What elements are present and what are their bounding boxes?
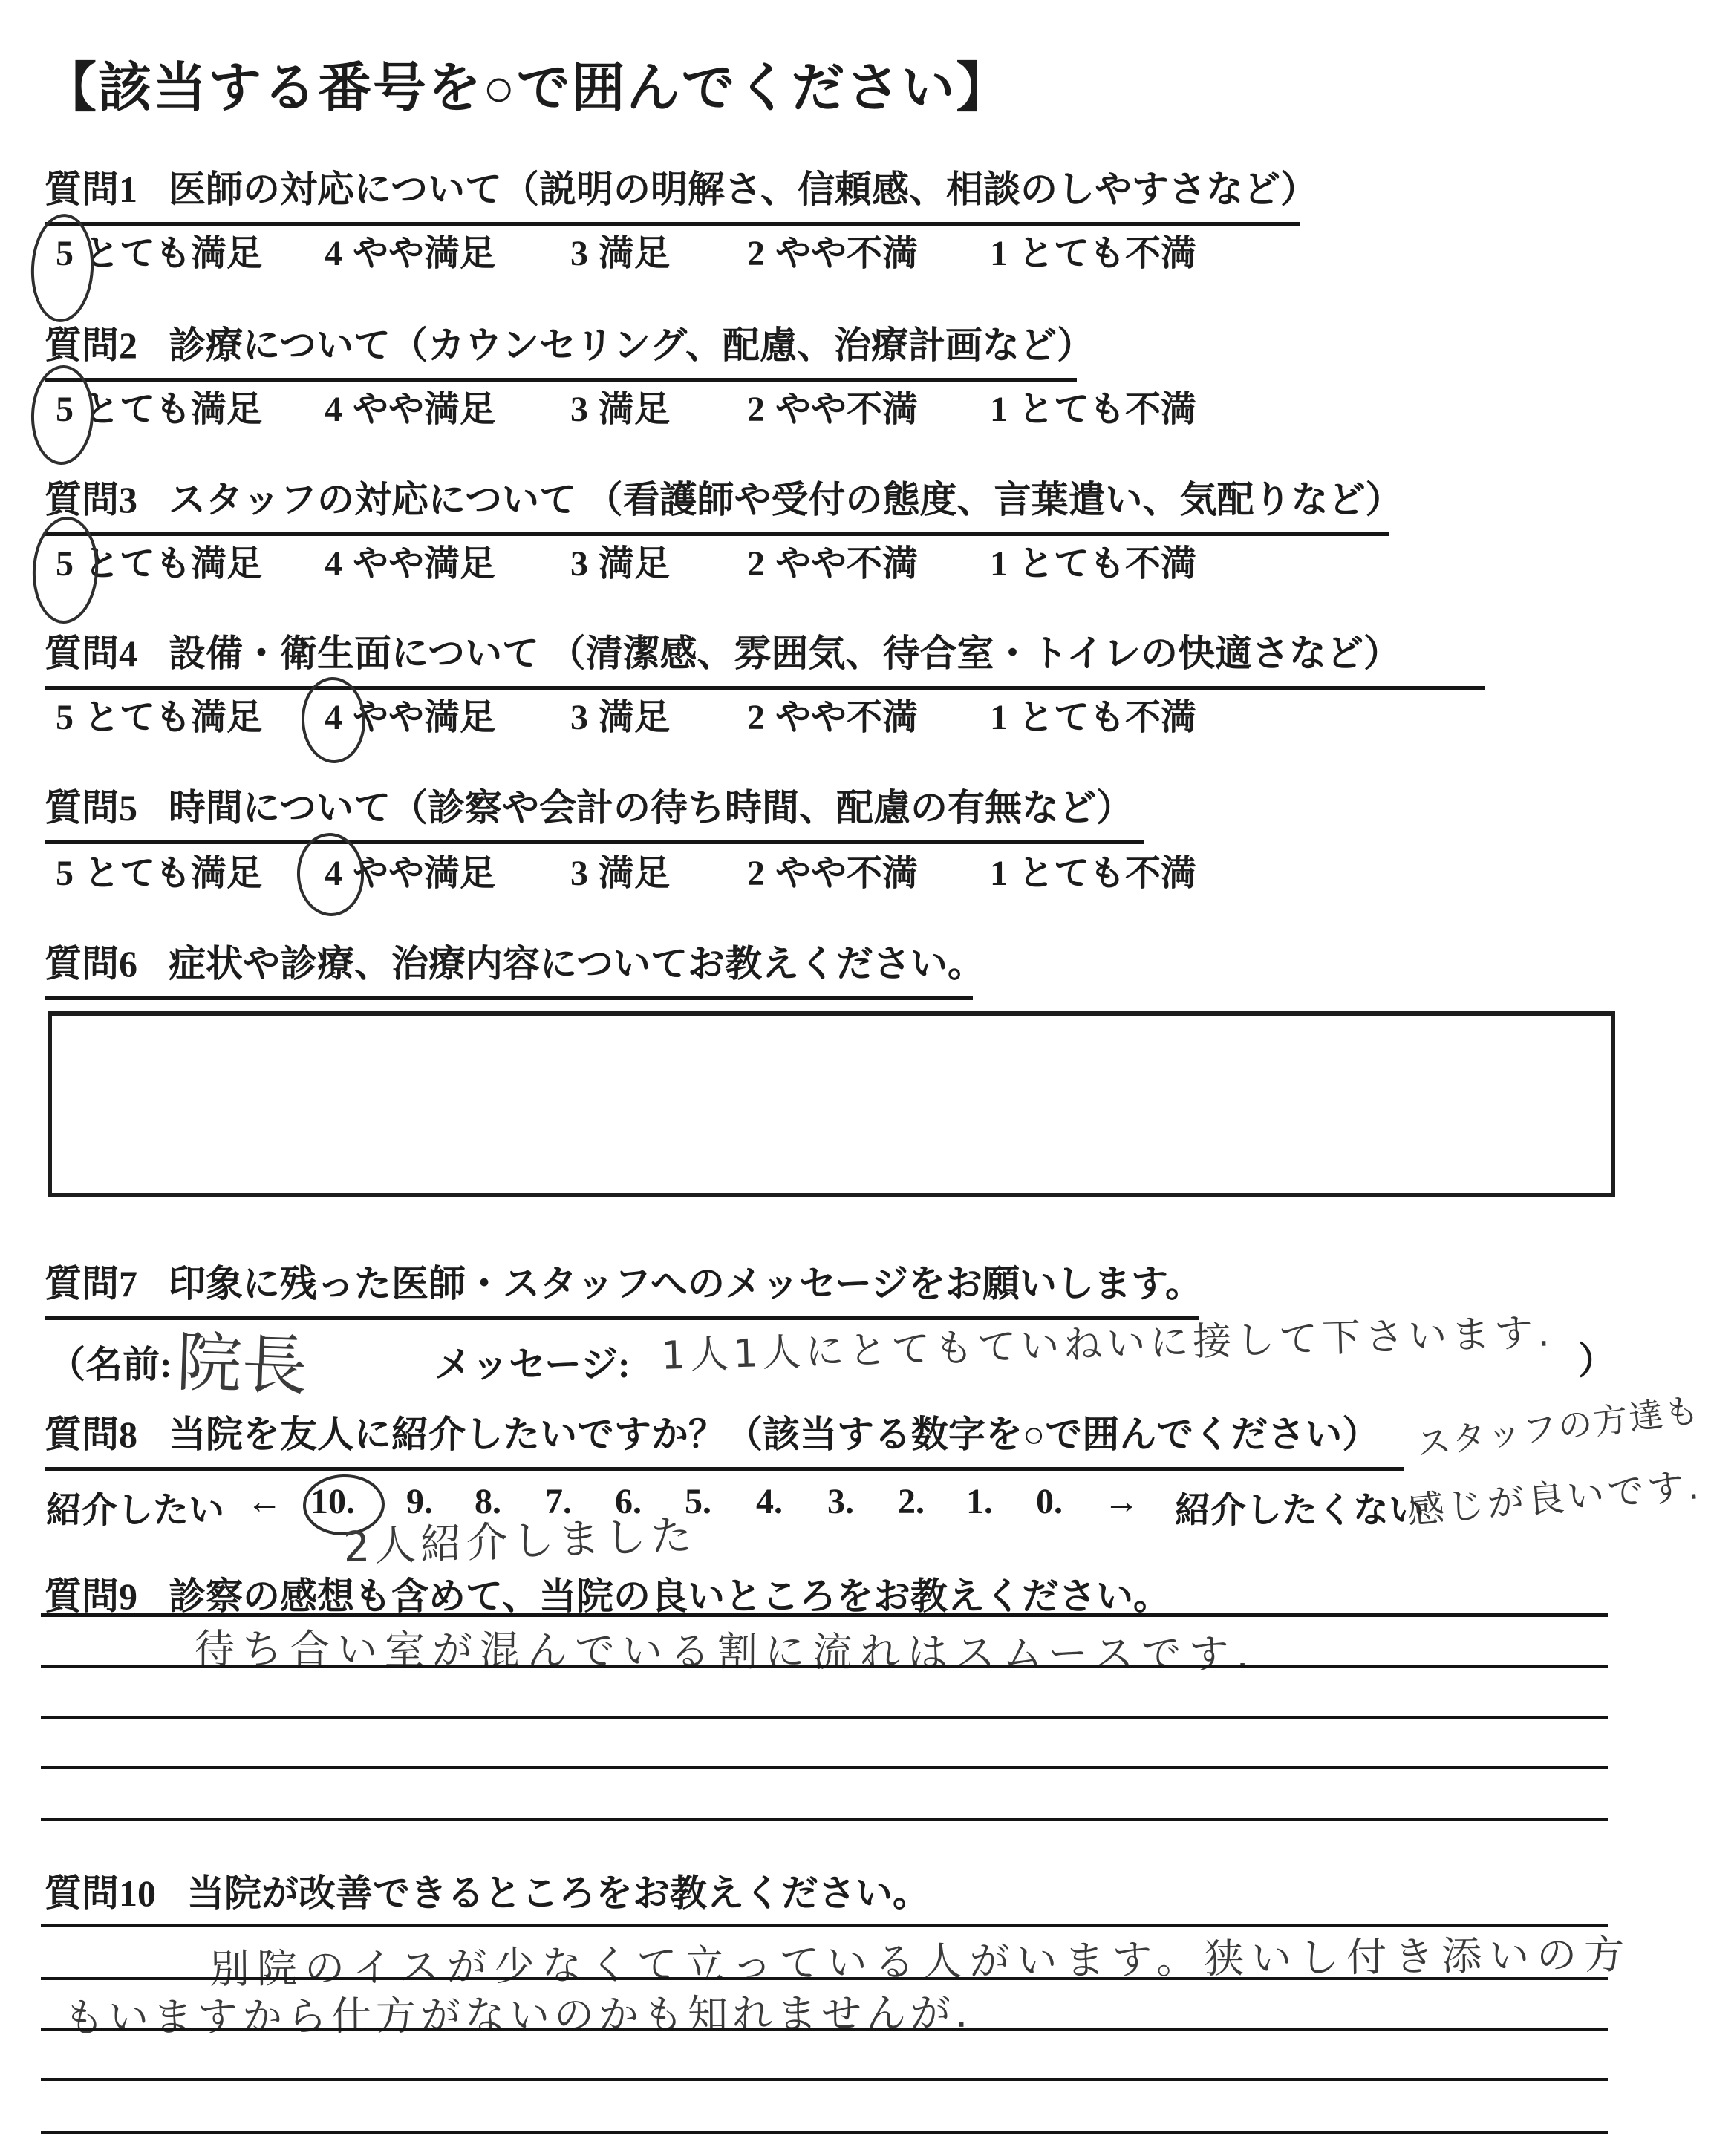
option-5: 5とても満足	[56, 688, 262, 739]
option-5: 5とても満足	[56, 844, 262, 895]
handwritten-answer-q10-line2: もいますから仕方がないのかも知れませんが.	[64, 1982, 973, 2043]
handwritten-answer-q9: 待ち合い室が混んでいる割に流れはスムースです.	[195, 1617, 1257, 1679]
answer-line	[41, 1613, 1608, 1617]
answer-box-q6	[48, 1011, 1615, 1197]
question-label: 質問3	[45, 479, 137, 520]
option-4: 4やや満足	[325, 224, 495, 275]
question-8-heading: 質問8当院を友人に紹介したいですか？（該当する数字を○で囲んでください）	[45, 1405, 1404, 1471]
right-arrow-icon: →	[1104, 1481, 1139, 1522]
scale-number-0: 0.	[1036, 1481, 1063, 1522]
option-1: 1とても不満	[990, 224, 1196, 275]
question-topic: スタッフの対応について （看護師や受付の態度、言葉遣い、気配りなど）	[169, 479, 1403, 520]
question-2-options: 5とても満足 4やや満足 3満足 2やや不満 1とても不満	[0, 380, 1711, 434]
question-3-options: 5とても満足 4やや満足 3満足 2やや不満 1とても不満	[0, 535, 1711, 588]
option-3: 3満足	[570, 224, 670, 275]
answer-line	[41, 1665, 1608, 1668]
question-4-options: 5とても満足 4やや満足 3満足 2やや不満 1とても不満	[0, 688, 1711, 742]
question-topic: 当院が改善できるところをお教えください。	[187, 1872, 930, 1914]
question-label: 質問10	[45, 1872, 156, 1914]
option-3: 3満足	[570, 380, 670, 431]
name-field-label: （名前:	[48, 1335, 172, 1388]
option-1: 1とても不満	[990, 844, 1196, 895]
answer-line	[41, 2131, 1608, 2134]
option-2: 2やや不満	[747, 380, 918, 431]
question-topic: 印象に残った医師・スタッフへのメッセージをお願いします。	[169, 1263, 1202, 1304]
option-1: 1とても不満	[990, 535, 1196, 586]
question-label: 質問4	[45, 633, 137, 674]
question-label: 質問1	[45, 169, 137, 210]
option-2: 2やや不満	[747, 224, 918, 275]
question-label: 質問9	[45, 1575, 137, 1617]
question-label: 質問2	[45, 324, 137, 366]
answer-line	[41, 1977, 1608, 1980]
question-topic: 医師の対応について（説明の明解さ、信頼感、相談のしやすさなど）	[169, 169, 1317, 210]
scale-number-1: 1.	[966, 1481, 993, 1522]
form-title: 【該当する番号を○で囲んでください】	[43, 45, 1011, 122]
question-10-heading: 質問10当院が改善できるところをお教えください。	[45, 1863, 930, 1917]
question-label: 質問6	[45, 943, 137, 984]
handwritten-referral-note: 2人紹介しました	[342, 1503, 697, 1575]
question-topic: 症状や診療、治療内容についてお教えください。	[169, 943, 985, 984]
question-label: 質問7	[45, 1263, 137, 1304]
question-1-options: 5とても満足 4やや満足 3満足 2やや不満 1とても不満	[0, 224, 1711, 278]
answer-line	[41, 1766, 1608, 1769]
option-2: 2やや不満	[747, 535, 918, 586]
option-4: 4やや満足	[325, 535, 495, 586]
question-label: 質問8	[45, 1414, 137, 1455]
answer-line	[41, 1818, 1608, 1821]
option-3: 3満足	[570, 844, 670, 895]
scale-number-4: 4.	[756, 1481, 783, 1522]
scale-right-label: 紹介したくない	[1175, 1481, 1424, 1532]
question-3-heading: 質問3スタッフの対応について （看護師や受付の態度、言葉遣い、気配りなど）	[45, 470, 1389, 536]
option-1: 1とても不満	[990, 688, 1196, 739]
question-5-heading: 質問5時間について（診察や会計の待ち時間、配慮の有無など）	[45, 778, 1144, 844]
handwritten-name: 院長	[175, 1310, 309, 1408]
answer-line	[41, 1716, 1608, 1719]
scale-number-3: 3.	[827, 1481, 854, 1522]
question-2-heading: 質問2診療について（カウンセリング、配慮、治療計画など）	[45, 316, 1077, 382]
option-3: 3満足	[570, 535, 670, 586]
handwritten-side-note-1: スタッフの方達も	[1413, 1383, 1702, 1466]
question-topic: 診療について（カウンセリング、配慮、治療計画など）	[169, 324, 1094, 366]
answer-line	[41, 2078, 1608, 2081]
message-field-label: メッセージ:	[434, 1335, 630, 1388]
answer-line	[41, 2028, 1608, 2031]
option-3: 3満足	[570, 688, 670, 739]
left-arrow-icon: ←	[247, 1481, 282, 1522]
option-2: 2やや不満	[747, 844, 918, 895]
option-1: 1とても不満	[990, 380, 1196, 431]
option-2: 2やや不満	[747, 688, 918, 739]
question-1-heading: 質問1医師の対応について（説明の明解さ、信頼感、相談のしやすさなど）	[45, 160, 1300, 226]
question-topic: 診察の感想も含めて、当院の良いところをお教えください。	[169, 1575, 1170, 1617]
question-topic: 設備・衛生面について （清潔感、雰囲気、待合室・トイレの快適さなど）	[169, 633, 1401, 674]
question-label: 質問5	[45, 787, 137, 829]
question-4-heading: 質問4設備・衛生面について （清潔感、雰囲気、待合室・トイレの快適さなど）	[45, 624, 1485, 690]
patient-survey-form: 【該当する番号を○で囲んでください】 質問1医師の対応について（説明の明解さ、信…	[0, 0, 1711, 2156]
option-4: 4やや満足	[325, 380, 495, 431]
closing-paren: ）	[1578, 1331, 1615, 1385]
question-5-options: 5とても満足 4やや満足 3満足 2やや不満 1とても不満	[0, 844, 1711, 898]
question-topic: 当院を友人に紹介したいですか？（該当する数字を○で囲んでください）	[169, 1414, 1379, 1455]
question-7-heading: 質問7印象に残った医師・スタッフへのメッセージをお願いします。	[45, 1254, 1199, 1320]
question-6-heading: 質問6症状や診療、治療内容についてお教えください。	[45, 934, 973, 1000]
scale-left-label: 紹介したい	[46, 1481, 224, 1532]
question-topic: 時間について（診察や会計の待ち時間、配慮の有無など）	[169, 787, 1133, 829]
scale-number-2: 2.	[898, 1481, 925, 1522]
